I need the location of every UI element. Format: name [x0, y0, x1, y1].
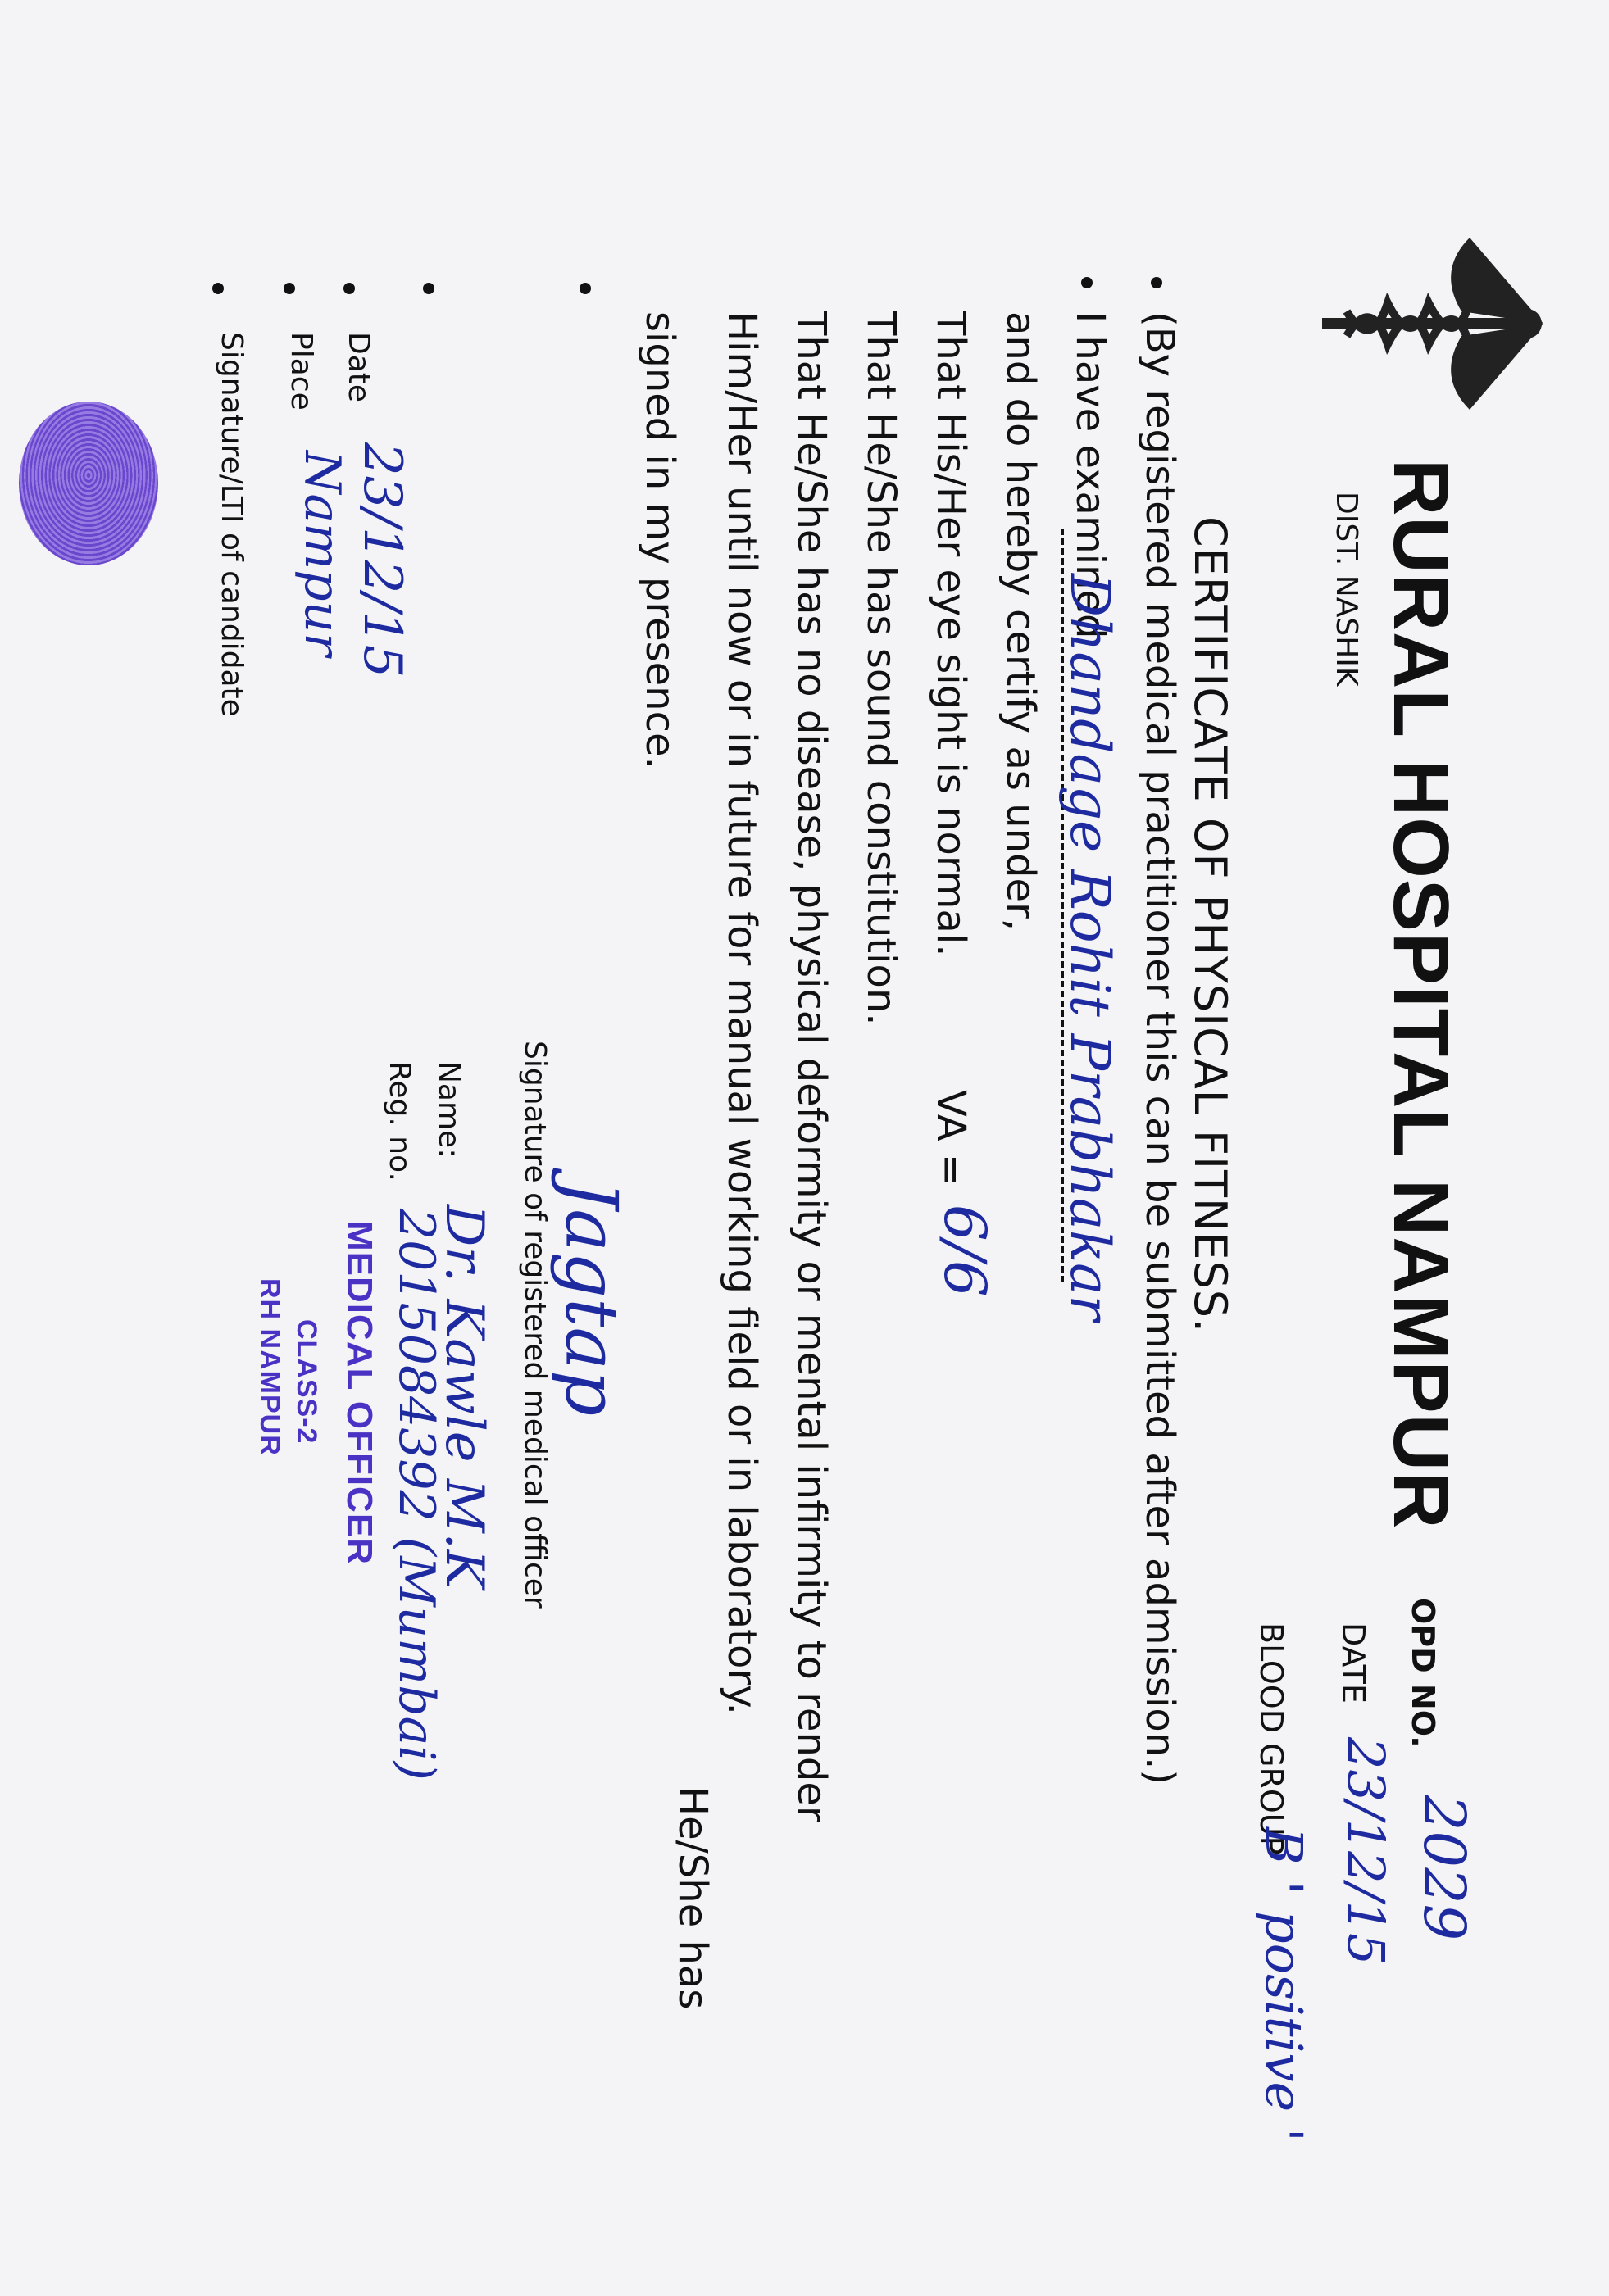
opd-no-value: 2029 [1411, 1795, 1478, 1940]
eyesight-line: That His/Her eye sight is normal. [928, 311, 974, 957]
bullet [1081, 277, 1093, 288]
bullet [580, 283, 591, 294]
stamp-class: CLASS-2 [290, 1319, 322, 1444]
district: DIST. NASHIK [1329, 492, 1363, 687]
va-label: VA = [928, 1090, 974, 1187]
working-field-line: Him/Her until now or in future for manua… [719, 311, 765, 1715]
examined-name-value: Dhandage Rohit Prabhakar [1058, 574, 1121, 1321]
officer-signature-label: Signature of registered medical officer [518, 1041, 552, 1609]
admission-note: (By registered medical practitioner this… [1137, 311, 1183, 1785]
signed-presence-line: signed in my presence. [637, 311, 683, 769]
bullet [343, 283, 355, 294]
caduceus-icon [1314, 188, 1560, 459]
bullet [1151, 277, 1162, 288]
date-value: 23/12/15 [1336, 1737, 1396, 1965]
has-line: He/She has [670, 1786, 716, 2009]
bullet [423, 283, 434, 294]
officer-name-label: Name: [432, 1061, 466, 1158]
candidate-date-label: Date [342, 332, 375, 402]
no-disease-line: That He/She has no disease, physical def… [789, 311, 834, 1822]
place-value: Nampur [293, 451, 351, 656]
constitution-line: That He/She has sound constitution. [858, 311, 904, 1026]
bullet [284, 283, 295, 294]
certify-line: and do hereby certify as under, [998, 311, 1043, 931]
bullet [212, 283, 224, 294]
stamp-title: MEDICAL OFFICER [339, 1221, 380, 1565]
opd-no-label: OPD NO. [1405, 1598, 1441, 1748]
stamp-place: RH NAMPUR [253, 1278, 285, 1456]
certificate-page: RURAL HOSPITAL NAMPUR DIST. NASHIK OPD N… [0, 0, 1609, 2296]
certificate-title: CERTIFICATE OF PHYSICAL FITNESS. [1184, 516, 1236, 1333]
candidate-signature-label: Signature/LTI of candidate [215, 332, 248, 717]
thumbprint-icon [19, 402, 158, 565]
hospital-name: RURAL HOSPITAL NAMPUR [1375, 459, 1466, 1529]
reg-no-value: 2015084392 (Mumbai) [388, 1209, 445, 1781]
va-value: 6/6 [931, 1205, 998, 1297]
officer-signature: Jagtap [549, 1180, 634, 1416]
blood-group-label: BLOOD GROUP [1253, 1622, 1289, 1855]
date-label: DATE [1335, 1622, 1371, 1704]
blood-group-value: B ' positive ' [1254, 1827, 1314, 2142]
reg-no-label: Reg. no. [383, 1061, 416, 1182]
candidate-date-value: 23/12/15 [352, 442, 412, 678]
place-label: Place [284, 332, 318, 411]
